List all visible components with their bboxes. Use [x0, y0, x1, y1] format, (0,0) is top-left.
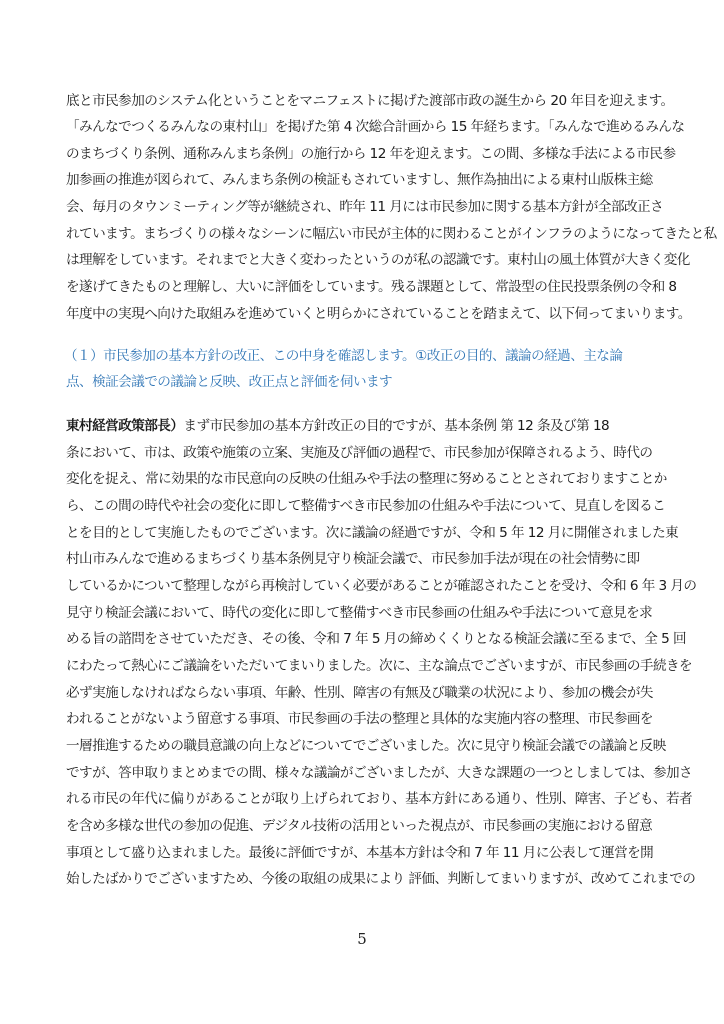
text-line: 必ず実施しなければならない事項、年齢、性別、障害の有無及び職業の状況により、参加…: [66, 683, 653, 703]
text-line: 「みんなでつくるみんなの東村山」を掲げた第 4 次総合計画から 15 年経ちます…: [66, 117, 684, 137]
text-line: める旨の諮問をさせていただき、その後、令和 7 年 5 月の締めくくりとなる検証…: [66, 629, 686, 649]
text-line: 一層推進するための職員意識の向上などについてでございました。次に見守り検証会議で…: [66, 736, 666, 756]
text-line: 始したばかりでございますため、今後の取組の成果により 評価、判断してまいりますが…: [66, 869, 695, 889]
text-line: 会、毎月のタウンミーティング等が継続され、昨年 11 月には市民参加に関する基本…: [66, 197, 663, 217]
text-line: 見守り検証会議において、時代の変化に即して整備すべき市民参画の仕組みや手法につい…: [66, 603, 652, 623]
text-line: 加参画の推進が図られて、みんまち条例の検証もされていますし、無作為抽出による東村…: [66, 170, 653, 190]
text-line: れています。まちづくりの様々なシーンに幅広い市民が主体的に関わることがインフラの…: [66, 224, 717, 244]
text-line: 変化を捉え、常に効果的な市民意向の反映の仕組みや手法の整理に努めることとされてお…: [66, 469, 667, 489]
heading-line: 点、検証会議での議論と反映、改正点と評価を伺います: [66, 372, 392, 392]
text-line: 底と市民参加のシステム化ということをマニフェストに掲げた渡部市政の誕生から 20…: [66, 91, 674, 111]
text-line: われることがないよう留意する事項、市民参画の手法の整理と具体的な実施内容の整理、…: [66, 709, 653, 729]
speaker-label: 東村経営政策部長）: [66, 418, 183, 434]
text-line: とを目的として実施したものでございます。次に議論の経過ですが、令和 5 年 12…: [66, 523, 678, 543]
text-line: にわたって熱心にご議論をいただいてまいりました。次に、主な論点でございますが、市…: [66, 656, 692, 676]
document-page: 底と市民参加のシステム化ということをマニフェストに掲げた渡部市政の誕生から 20…: [0, 0, 724, 1024]
text-line: ですが、答申取りまとめまでの間、様々な議論がございましたが、大きな課題の一つとし…: [66, 763, 692, 783]
text-line: 条において、市は、政策や施策の立案、実施及び評価の過程で、市民参加が保障されるよ…: [66, 443, 652, 463]
page-number: 5: [0, 930, 724, 948]
text-line: は理解をしています。それまでと大きく変わったというのが私の認識です。東村山の風土…: [66, 250, 690, 270]
text-line: しているかについて整理しながら再検討していく必要があることが確認されたことを受け…: [66, 576, 696, 596]
text-line: 事項として盛り込まれました。最後に評価ですが、本基本方針は令和 7 年 11 月…: [66, 843, 653, 863]
text-line: 年度中の実現へ向けた取組みを進めていくと明らかにされていることを踏まえて、以下伺…: [66, 304, 691, 324]
text-line: ら、この間の時代や社会の変化に即して整備すべき市民参加の仕組みや手法について、見…: [66, 496, 665, 516]
heading-line: （１）市民参加の基本方針の改正、この中身を確認します。①改正の目的、議論の経過、…: [64, 346, 622, 366]
text-line: を遂げてきたものと理解し、大いに評価をしています。残る課題として、常設型の住民投…: [66, 277, 677, 297]
text-line: 村山市みんなで進めるまちづくり基本条例見守り検証会議で、市民参加手法が現在の社会…: [66, 549, 640, 569]
answer-first-line: まず市民参加の基本方針改正の目的ですが、基本条例 第 12 条及び第 18: [183, 418, 609, 434]
text-line: れる市民の年代に偏りがあることが取り上げられており、基本方針にある通り、性別、障…: [66, 789, 692, 809]
text-line: のまちづくり条例、通称みんまち条例」の施行から 12 年を迎えます。この間、多様…: [66, 144, 675, 164]
text-line: を含め多様な世代の参加の促進、デジタル技術の活用といった視点が、市民参画の実施に…: [66, 816, 652, 836]
text-line: 東村経営政策部長）まず市民参加の基本方針改正の目的ですが、基本条例 第 12 条…: [66, 416, 609, 436]
